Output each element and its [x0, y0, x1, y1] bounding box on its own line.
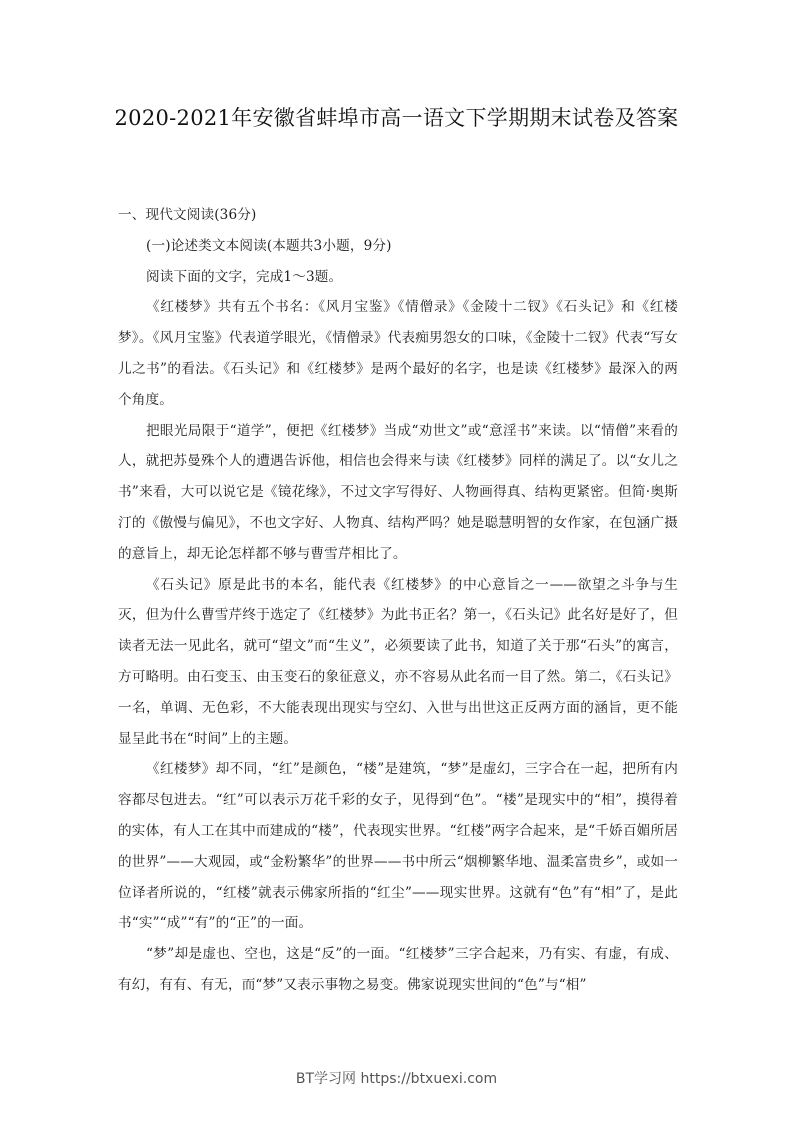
footer-watermark: BT学习网 https://btxuexi.com — [0, 1068, 793, 1088]
reading-instruction: 阅读下面的文字，完成1～3题。 — [118, 262, 678, 293]
document-title: 2020-2021年安徽省蚌埠市高一语文下学期期末试卷及答案 — [0, 103, 793, 133]
paragraph-5: “梦”却是虚也、空也，这是“反”的一面。“红楼梦”三字合起来，乃有实、有虚，有成… — [118, 939, 678, 1001]
paragraph-2: 把眼光局限于“道学”，便把《红楼梦》当成“劝世文”或“意淫书”来读。以“情僧”来… — [118, 416, 678, 570]
paragraph-3: 《石头记》原是此书的本名，能代表《红楼梦》的中心意旨之一——欲望之斗争与生灭，但… — [118, 570, 678, 755]
document-body: 一、现代文阅读(36分) (一)论述类文本阅读(本题共3小题，9分) 阅读下面的… — [118, 200, 678, 1001]
section-heading: 一、现代文阅读(36分) — [118, 200, 678, 231]
document-page: 2020-2021年安徽省蚌埠市高一语文下学期期末试卷及答案 一、现代文阅读(3… — [0, 0, 793, 1122]
paragraph-4: 《红楼梦》却不同，“红”是颜色，“楼”是建筑，“梦”是虚幻，三字合在一起，把所有… — [118, 754, 678, 939]
section-subheading: (一)论述类文本阅读(本题共3小题，9分) — [118, 231, 678, 262]
paragraph-1: 《红楼梦》共有五个书名：《风月宝鉴》《情僧录》《金陵十二钗》《石头记》和《红楼梦… — [118, 292, 678, 415]
